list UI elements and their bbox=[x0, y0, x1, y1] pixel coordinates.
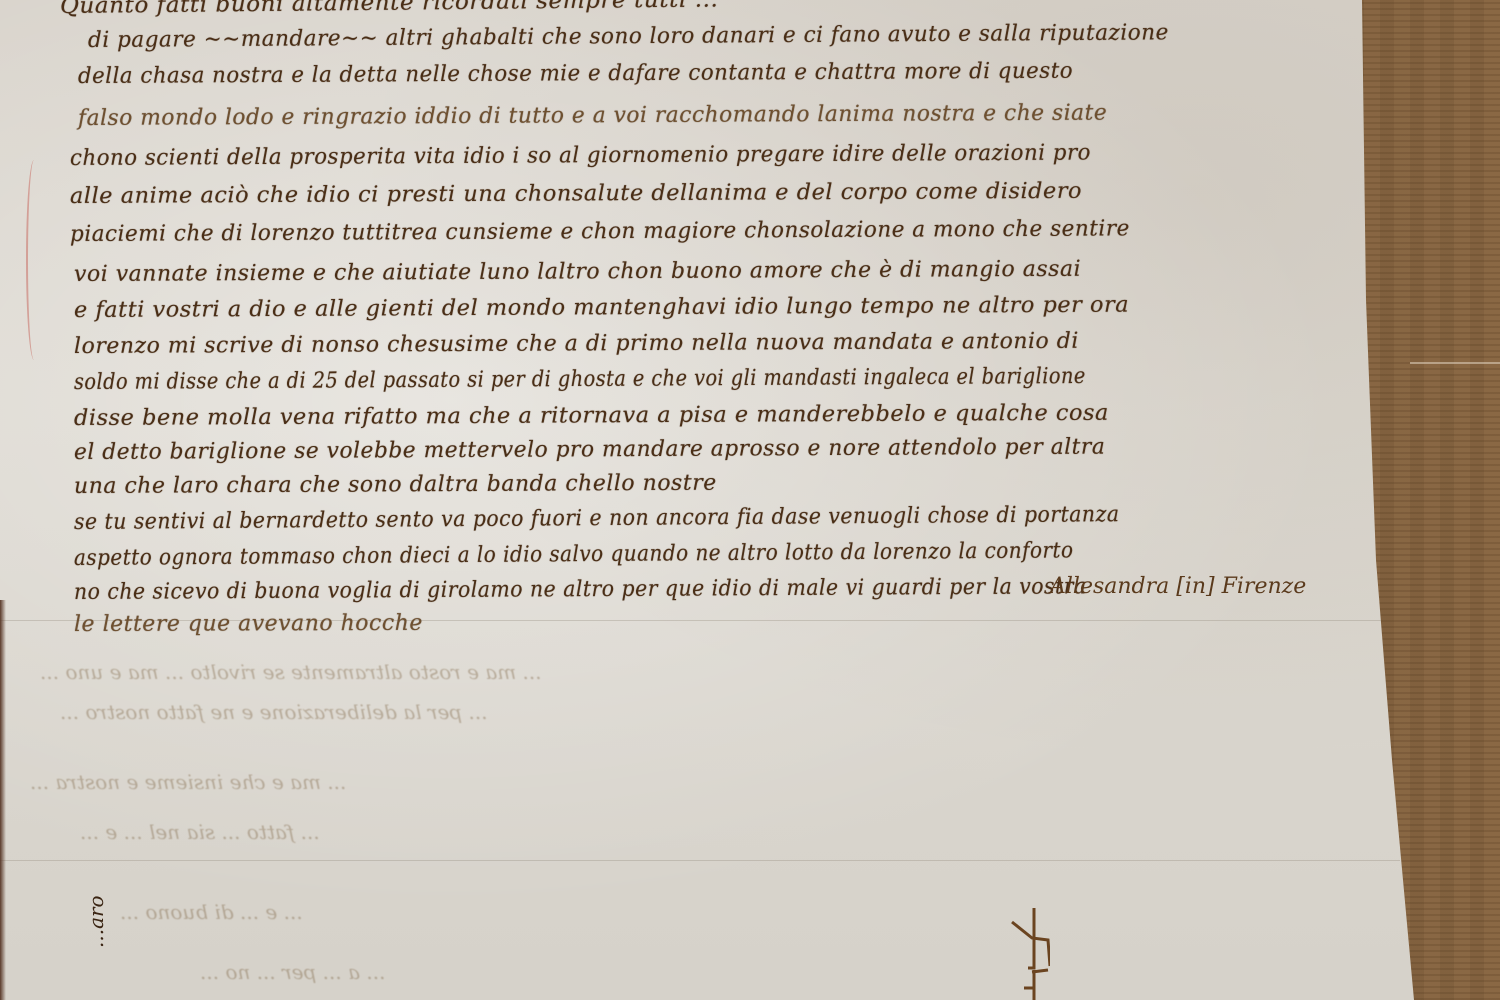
letter-line: el detto bariglione se volebbe mettervel… bbox=[74, 435, 1105, 465]
signature: Allesandra [in] Firenze bbox=[1050, 574, 1306, 599]
letter-line: chono scienti della prosperita vita idio… bbox=[70, 140, 1091, 171]
letter-line: aspetto ognora tommaso chon dieci a lo i… bbox=[74, 538, 1074, 571]
notary-mark-icon bbox=[1010, 908, 1050, 1000]
letter-line: di pagare ~~mandare~~ altri ghabalti che… bbox=[88, 20, 1169, 53]
letter-line: le lettere que avevano hocche bbox=[74, 611, 423, 637]
letter-line: disse bene molla vena rifatto ma che a r… bbox=[74, 401, 1109, 431]
letter-line: e fatti vostri a dio e alle gienti del m… bbox=[74, 293, 1129, 323]
page-edge-shadow bbox=[0, 600, 6, 1000]
rotated-margin-note: ...aro bbox=[84, 895, 108, 948]
letter-line: voi vannate insieme e che aiutiate luno … bbox=[74, 257, 1081, 287]
letter-line: soldo mi disse che a di 25 del passato s… bbox=[74, 364, 1086, 395]
wood-seam bbox=[1410, 362, 1500, 364]
letter-line: no che sicevo di buona voglia di girolam… bbox=[74, 574, 1087, 605]
letter-line: falso mondo lodo e ringrazio iddio di tu… bbox=[78, 101, 1107, 131]
letter-line: se tu sentivi al bernardetto sento va po… bbox=[74, 502, 1120, 535]
letter-line: una che laro chara che sono daltra banda… bbox=[74, 471, 717, 499]
letter-body: Quanto fatti buoni altamente ricordati s… bbox=[0, 0, 1400, 1000]
letter-line: Quanto fatti buoni altamente ricordati s… bbox=[60, 0, 719, 19]
letter-line: lorenzo mi scrive di nonso chesusime che… bbox=[74, 329, 1079, 359]
letter-line: della chasa nostra e la detta nelle chos… bbox=[78, 59, 1073, 89]
letter-line: piaciemi che di lorenzo tuttitrea cunsie… bbox=[70, 216, 1130, 247]
letter-line: alle anime aciò che idio ci presti una c… bbox=[70, 179, 1082, 209]
manuscript-page: ... ma e rosto altramente se rivolto ...… bbox=[0, 0, 1500, 1000]
